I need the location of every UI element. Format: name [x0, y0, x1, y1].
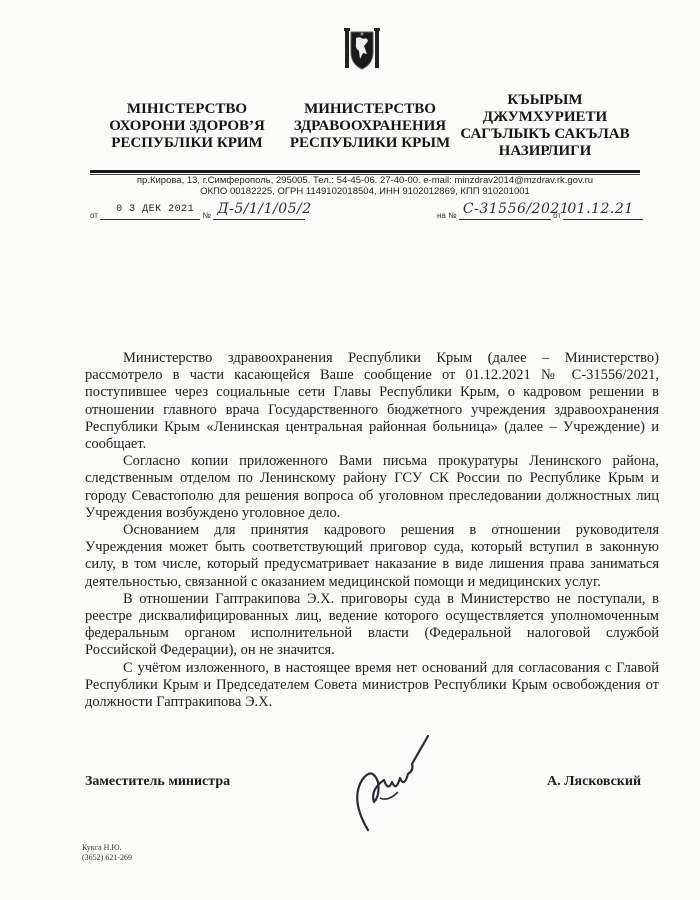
letterhead-line: КЪЫРЫМ: [450, 92, 640, 109]
letterhead-line: РЕСПУБЛИКИ КРЫМ: [280, 135, 460, 152]
executor-block: Кукса Н.Ю. (3652) 621-269: [82, 843, 132, 863]
letterhead-line: ДЖУМХУРИЕТИ: [450, 109, 640, 126]
executor-phone: (3652) 621-269: [82, 853, 132, 863]
number-field: Д-5/1/1/05/2: [213, 203, 305, 220]
signatory-name: А. Лясковский: [547, 774, 641, 790]
number-handwritten: Д-5/1/1/05/2: [217, 201, 311, 217]
letterhead-russian: МИНИСТЕРСТВО ЗДРАВООХРАНЕНИЯ РЕСПУБЛИКИ …: [280, 101, 460, 152]
outgoing-reference: от 0 3 ДЕК 2021 № Д-5/1/1/05/2: [90, 203, 305, 220]
letterhead-line: ЗДРАВООХРАНЕНИЯ: [280, 118, 460, 135]
body-paragraph: Основанием для принятия кадрового решени…: [85, 522, 659, 591]
reply-date-handwritten: 01.12.21: [567, 201, 633, 217]
letterhead-line: МІНІСТЕРСТВО: [92, 101, 282, 118]
letterhead-ukrainian: МІНІСТЕРСТВО ОХОРОНИ ЗДОРОВ’Я РЕСПУБЛІКИ…: [92, 101, 282, 152]
reply-date-field: 01.12.21: [563, 203, 643, 220]
letterhead-crimean-tatar: КЪЫРЫМ ДЖУМХУРИЕТИ САГЪЛЫКЪ САКЪЛАВ НАЗИ…: [450, 92, 640, 160]
letterhead-line: САГЪЛЫКЪ САКЪЛАВ: [450, 126, 640, 143]
handwritten-signature-icon: [340, 730, 440, 840]
letterhead-line: МИНИСТЕРСТВО: [280, 101, 460, 118]
signatory-title: Заместитель министра: [85, 774, 230, 790]
body-paragraph: С учётом изложенного, в настоящее время …: [85, 660, 659, 712]
date-field: 0 3 ДЕК 2021: [100, 203, 200, 220]
letterhead-line: ОХОРОНИ ЗДОРОВ’Я: [92, 118, 282, 135]
letterhead-divider: [90, 170, 640, 173]
letterhead-line: НАЗИРЛИГИ: [450, 143, 640, 160]
body-paragraph: Министерство здравоохранения Республики …: [85, 350, 659, 453]
from-label: от: [90, 211, 98, 220]
body-paragraph: Согласно копии приложенного Вами письма …: [85, 453, 659, 522]
address-line: пр.Кирова, 13, г.Симферополь, 295005. Те…: [90, 175, 640, 186]
letter-body: Министерство здравоохранения Республики …: [85, 350, 659, 711]
incoming-reference: на № С-31556/2021 от 01.12.21: [437, 203, 643, 220]
reply-number-field: С-31556/2021: [459, 203, 551, 220]
body-paragraph: В отношении Гаптракипова Э.Х. приговоры …: [85, 591, 659, 660]
address-block: пр.Кирова, 13, г.Симферополь, 295005. Те…: [90, 175, 640, 197]
number-label: №: [202, 211, 211, 220]
executor-name: Кукса Н.Ю.: [82, 843, 132, 853]
date-stamp: 0 3 ДЕК 2021: [116, 204, 194, 215]
letterhead-line: РЕСПУБЛІКИ КРИМ: [92, 135, 282, 152]
reply-to-label: на №: [437, 211, 457, 220]
reply-number-handwritten: С-31556/2021: [463, 201, 569, 217]
crimea-coat-of-arms-icon: [344, 26, 380, 72]
registration-line: ОКПО 00182225, ОГРН 1149102018504, ИНН 9…: [90, 186, 640, 197]
